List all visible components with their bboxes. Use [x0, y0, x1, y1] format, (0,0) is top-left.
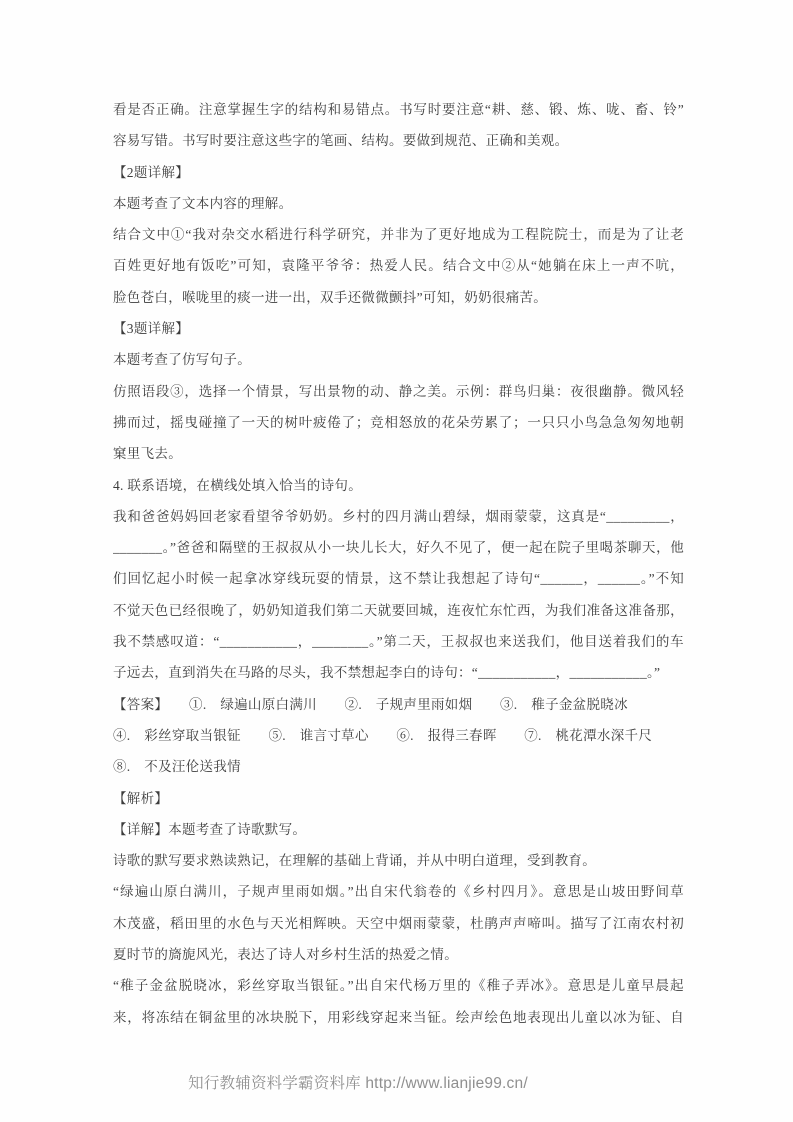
question-4-passage-line: 我不禁感叹道：“___________，________。”第二天，王叔叔也来送…	[113, 626, 684, 657]
q2-explanation-line: 本题考查了文本内容的理解。	[113, 188, 684, 219]
question-4-passage-line: _______。”爸爸和隔壁的王叔叔从小一块儿长大，好久不见了，便一起在院子里喝…	[113, 532, 684, 563]
q3-explanation-line: 本题考查了仿写句子。	[113, 344, 684, 375]
answer-line: ④. 彩丝穿取当银钲 ⑤. 谁言寸草心 ⑥. 报得三春晖 ⑦. 桃花潭水深千尺	[113, 720, 684, 751]
question-4-passage-line: 不觉天色已经很晚了，奶奶知道我们第二天就要回城，连夜忙东忙西，为我们准备这准备那…	[113, 595, 684, 626]
q3-explanation-line: 窠里飞去。	[113, 438, 684, 469]
analysis-label: 【解析】	[113, 783, 684, 814]
q3-explanation-line: 拂而过，摇曳碰撞了一天的树叶疲倦了；竞相怒放的花朵劳累了；一只只小鸟急急匆匆地朝	[113, 407, 684, 438]
q2-explanation-line: 百姓更好地有饭吃”可知，袁隆平爷爷：热爱人民。结合文中②从“她躺在床上一声不吭，	[113, 250, 684, 281]
question-4-prompt: 4. 联系语境，在横线处填入恰当的诗句。	[113, 470, 684, 501]
q3-detail-header: 【3题详解】	[113, 313, 684, 344]
q2-explanation-line: 结合文中①“我对杂交水稻进行科学研究，并非为了更好地成为工程院院士，而是为了让老	[113, 219, 684, 250]
poem-explanation-line: 夏时节的旖旎风光，表达了诗人对乡村生活的热爱之情。	[113, 939, 684, 970]
question-4-passage-line: 们回忆起小时候一起拿冰穿线玩耍的情景，这不禁让我想起了诗句“______，___…	[113, 563, 684, 594]
watermark-text: 知行教辅资料学霸资料库 http://www.lianjie99.cn/	[188, 1075, 528, 1092]
exam-answer-page: 看是否正确。注意掌握生字的结构和易错点。书写时要注意“耕、慈、锻、炼、咙、畜、铃…	[0, 0, 793, 1122]
poem-explanation-line: “稚子金盆脱晓冰，彩丝穿取当银钲。”出自宋代杨万里的《稚子弄冰》。意思是儿童早晨…	[113, 970, 684, 1001]
question-4-passage-line: 子远去，直到消失在马路的尽头，我不禁想起李白的诗句：“___________，_…	[113, 657, 684, 688]
answer-line: ⑧. 不及汪伦送我情	[113, 751, 684, 782]
q2-explanation-line: 脸色苍白，喉咙里的痰一进一出，双手还微微颤抖”可知，奶奶很痛苦。	[113, 282, 684, 313]
detail-label-line: 【详解】本题考查了诗歌默写。	[113, 814, 684, 845]
question-4-passage-line: 我和爸爸妈妈回老家看望爷爷奶奶。乡村的四月满山碧绿，烟雨蒙蒙，这真是“_____…	[113, 501, 684, 532]
poem-explanation-line: 诗歌的默写要求熟读熟记，在理解的基础上背诵，并从中明白道理，受到教育。	[113, 845, 684, 876]
poem-explanation-line: “绿遍山原白满川，子规声里雨如烟。”出自宋代翁卷的《乡村四月》。意思是山坡田野间…	[113, 876, 684, 907]
q3-explanation-line: 仿照语段③，选择一个情景，写出景物的动、静之美。示例：群鸟归巢：夜很幽静。微风轻	[113, 376, 684, 407]
watermark-footer: 知行教辅资料学霸资料库 http://www.lianjie99.cn/	[0, 1072, 716, 1096]
document-body: 看是否正确。注意掌握生字的结构和易错点。书写时要注意“耕、慈、锻、炼、咙、畜、铃…	[113, 94, 684, 1033]
q2-detail-header: 【2题详解】	[113, 157, 684, 188]
answer-line: 【答案】 ①. 绿遍山原白满川 ②. 子规声里雨如烟 ③. 稚子金盆脱晓冰	[113, 689, 684, 720]
poem-explanation-line: 木茂盛，稻田里的水色与天光相辉映。天空中烟雨蒙蒙，杜鹃声声啼叫。描写了江南农村初	[113, 908, 684, 939]
poem-explanation-line: 来，将冻结在铜盆里的冰块脱下，用彩线穿起来当钲。绘声绘色地表现出儿童以冰为钲、自	[113, 1002, 684, 1033]
q1-explanation-line: 看是否正确。注意掌握生字的结构和易错点。书写时要注意“耕、慈、锻、炼、咙、畜、铃…	[113, 94, 684, 125]
q1-explanation-line: 容易写错。书写时要注意这些字的笔画、结构。要做到规范、正确和美观。	[113, 125, 684, 156]
